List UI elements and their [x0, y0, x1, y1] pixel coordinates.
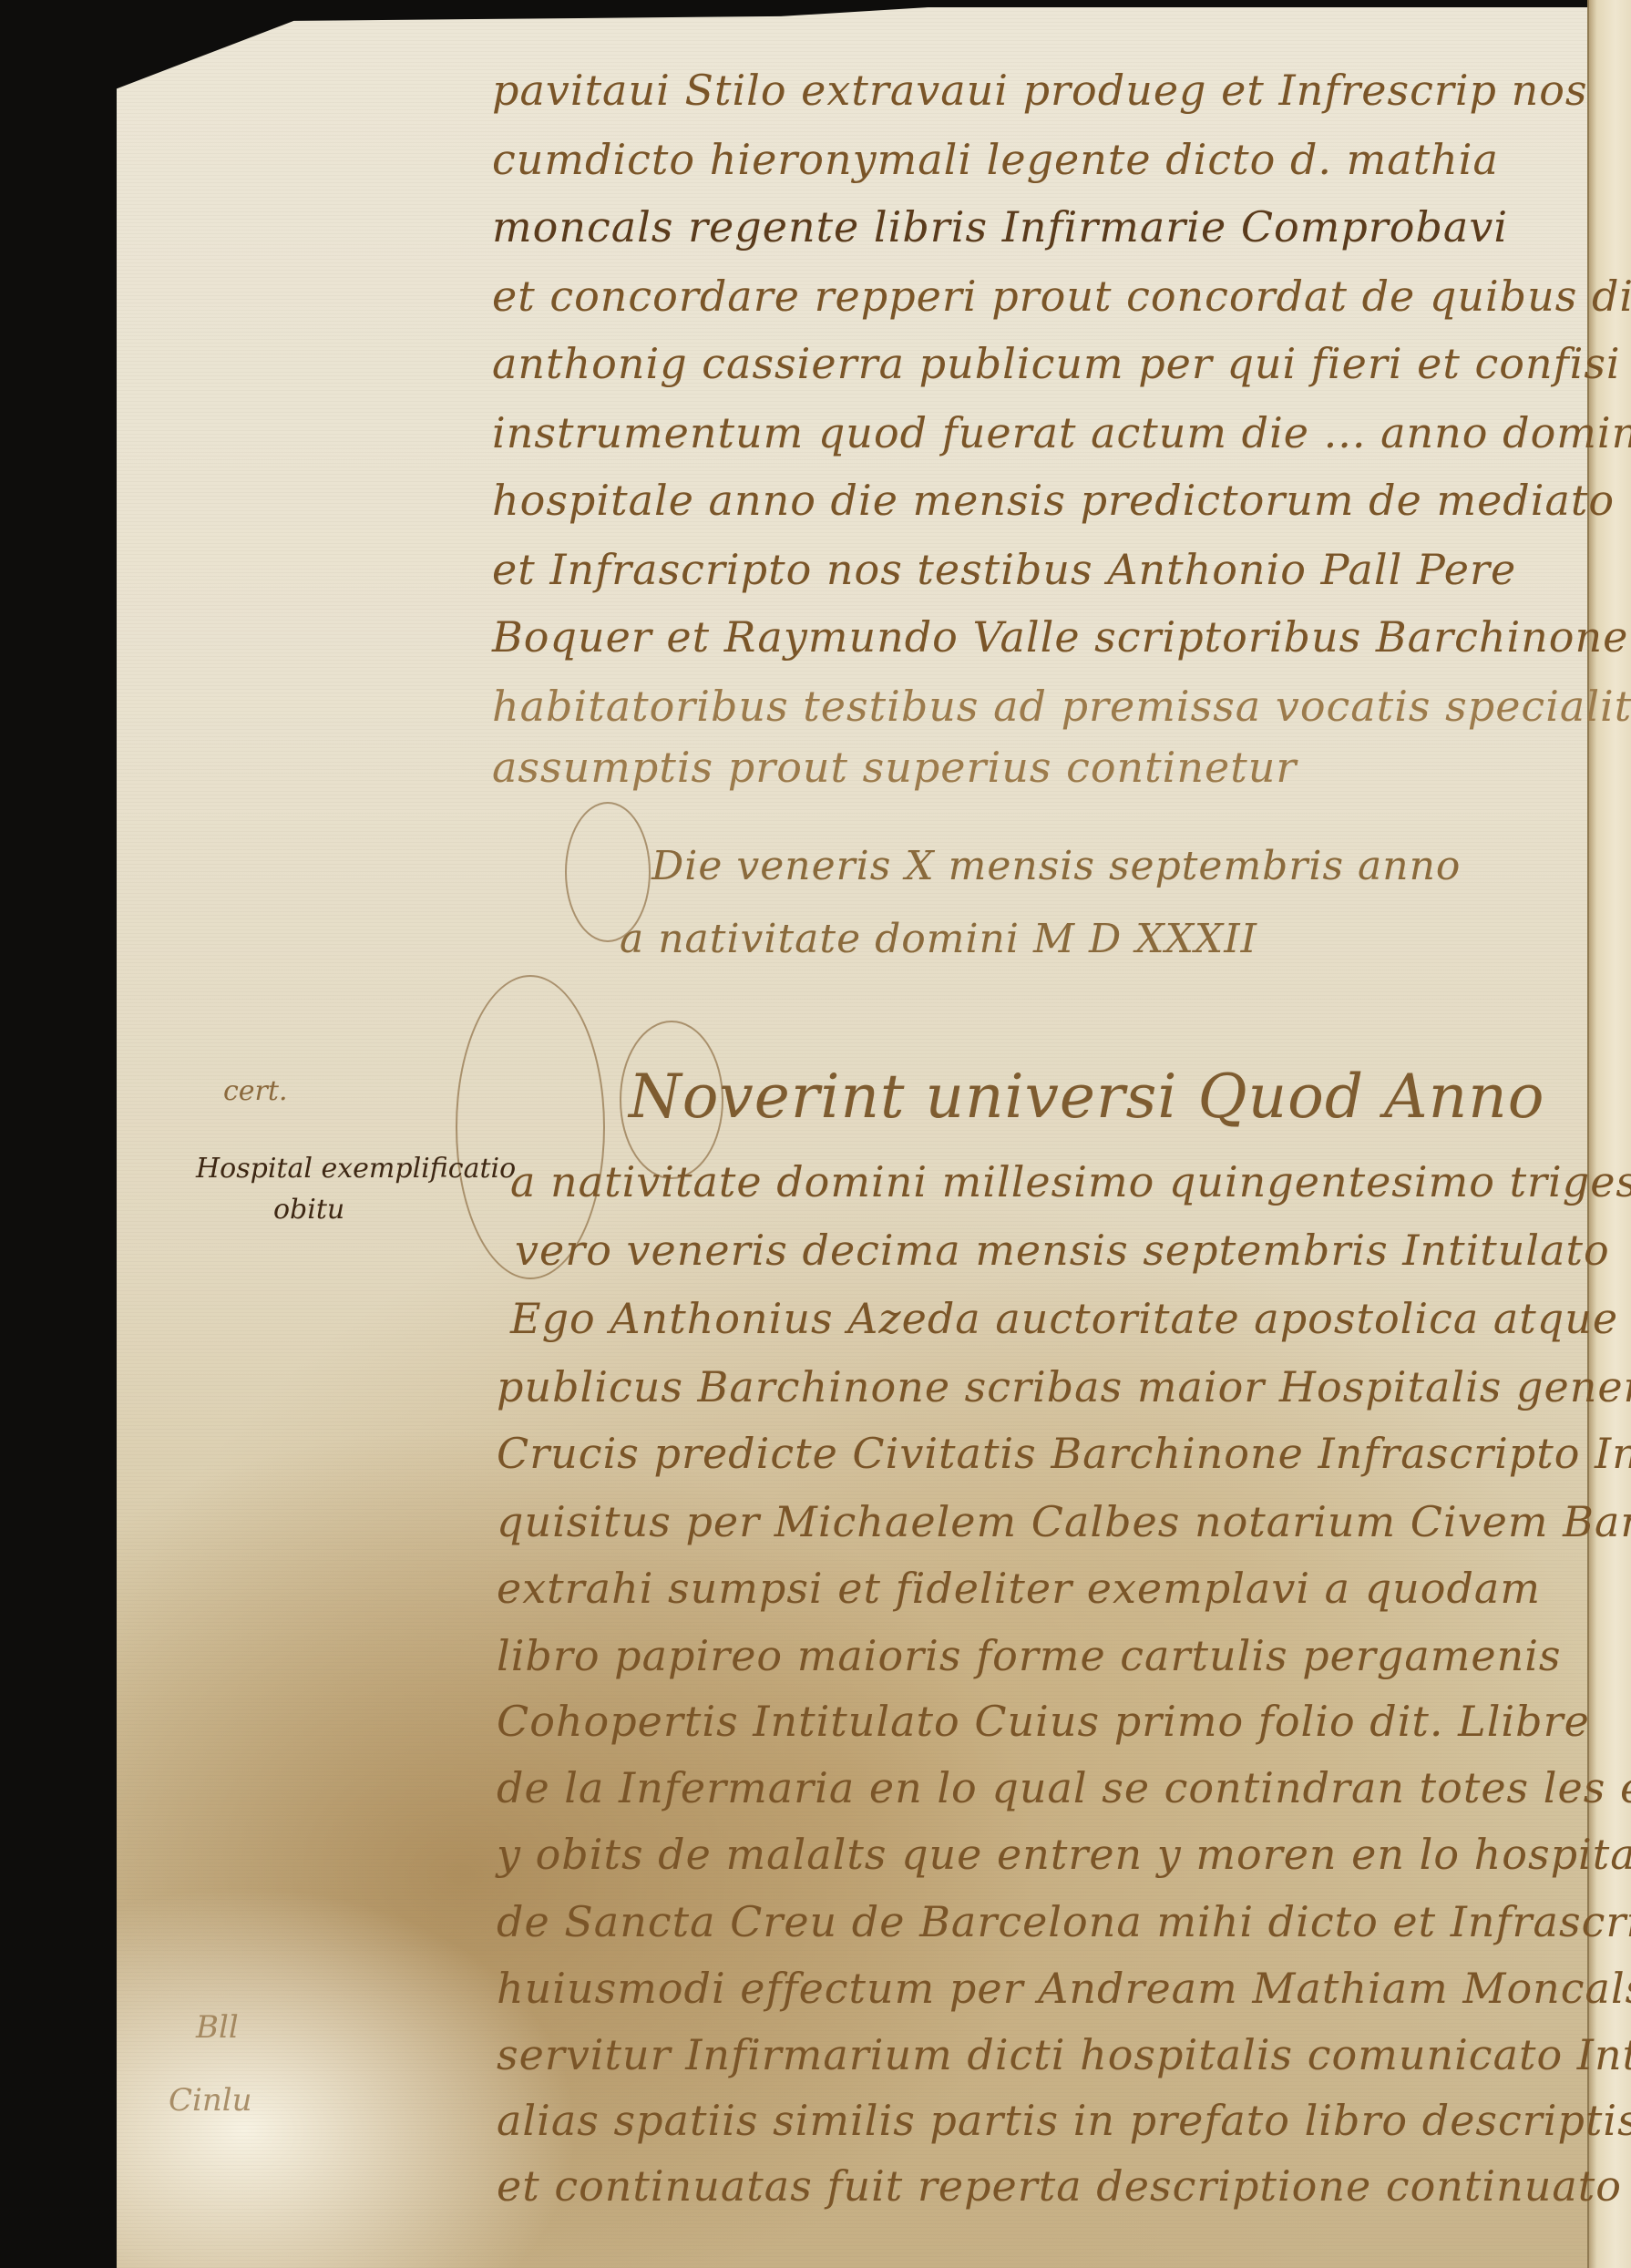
text-line: quisitus per Michaelem Calbes notarium C…: [497, 1497, 1631, 1546]
text-line: de Sancta Creu de Barcelona mihi dicto e…: [497, 1897, 1631, 1946]
text-line: hospitale anno die mensis predictorum de…: [492, 476, 1615, 525]
text-line: habitatoribus testibus ad premissa vocat…: [492, 682, 1631, 731]
text-line: Crucis predicte Civitatis Barchinone Inf…: [497, 1429, 1631, 1478]
text-line: et concordare repperi prout concordat de…: [492, 272, 1631, 321]
text-line: extrahi sumpsi et fideliter exemplavi a …: [497, 1564, 1541, 1613]
text-line: instrumentum quod fuerat actum die ... a…: [492, 408, 1631, 457]
faded-margin-note: Bll: [196, 2009, 239, 2046]
heading-noverint: Noverint universi Quod Anno: [629, 1062, 1544, 1132]
text-line: publicus Barchinone scribas maior Hospit…: [497, 1362, 1631, 1411]
text-line: pavitaui Stilo extravaui produeg et Infr…: [492, 66, 1588, 115]
text-line: huiusmodi effectum per Andream Mathiam M…: [497, 1964, 1631, 2013]
text-line: assumptis prout superius continetur: [492, 743, 1297, 792]
margin-note-obitu: obitu: [273, 1194, 344, 1226]
text-line: servitur Infirmarium dicti hospitalis co…: [497, 2030, 1631, 2079]
text-line: Cohopertis Intitulato Cuius primo folio …: [497, 1697, 1590, 1746]
text-line: libro papireo maioris forme cartulis per…: [497, 1631, 1562, 1680]
text-line: moncals regente libris Infirmarie Compro…: [492, 202, 1508, 251]
text-line: et Infrascripto nos testibus Anthonio Pa…: [492, 545, 1516, 594]
date-line: Die veneris X mensis septembris anno: [651, 843, 1461, 889]
text-line: cumdicto hieronymali legente dicto d. ma…: [492, 135, 1499, 184]
margin-note-cert: cert.: [223, 1075, 288, 1107]
text-line: de la Infermaria en lo qual se contindra…: [497, 1763, 1631, 1812]
text-line: Ego Anthonius Azeda auctoritate apostoli…: [510, 1294, 1631, 1343]
date-line: a nativitate domini M D XXXII: [620, 916, 1257, 962]
faded-margin-note: Cinlu: [169, 2082, 252, 2119]
margin-note-hospital: Hospital exemplificatio: [196, 1153, 516, 1185]
text-line: et continuatas fuit reperta descriptione…: [497, 2161, 1622, 2211]
text-line: vero veneris decima mensis septembris In…: [515, 1226, 1610, 1275]
text-line: y obits de malalts que entren y moren en…: [497, 1830, 1631, 1879]
text-line: Boquer et Raymundo Valle scriptoribus Ba…: [492, 612, 1628, 662]
text-line: anthonig cassierra publicum per qui fier…: [492, 339, 1621, 388]
text-line: alias spatiis similis partis in prefato …: [497, 2096, 1631, 2145]
text-line: a nativitate domini millesimo quingentes…: [510, 1157, 1631, 1206]
